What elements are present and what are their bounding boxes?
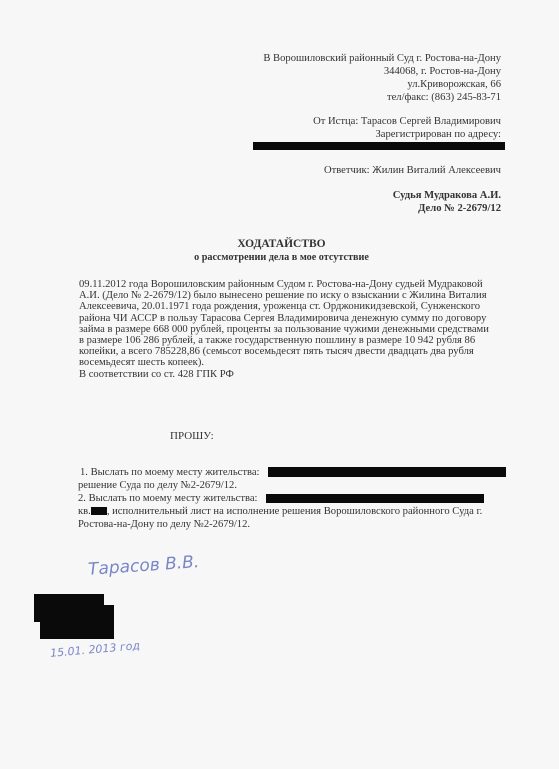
- court-phone: тел/факс: (863) 245-83-71: [387, 91, 501, 104]
- handwritten-date: 15.01. 2013 год: [50, 639, 141, 660]
- court-address-line1: 344068, г. Ростов-на-Дону: [384, 65, 501, 78]
- request-item2-line2: кв., исполнительный лист на исполнение р…: [78, 505, 482, 518]
- body-line: копейки, а всего 785228,86 (семьсот восе…: [79, 346, 529, 357]
- defendant-name: Ответчик: Жилин Виталий Алексеевич: [324, 164, 501, 177]
- request-item2-line3: Ростова-на-Дону по делу №2-2679/12.: [78, 518, 250, 531]
- body-line: 09.11.2012 года Ворошиловским районным С…: [79, 279, 529, 290]
- redacted-address-2: [266, 494, 484, 503]
- document-page: В Ворошиловский районный Суд г. Ростова-…: [0, 0, 559, 769]
- request-item1-line2: решение Суда по делу №2-2679/12.: [78, 479, 237, 492]
- redacted-signature-block: [40, 605, 114, 639]
- redacted-plaintiff-address: [253, 142, 505, 150]
- court-address-line2: ул.Криворожская, 66: [407, 78, 501, 91]
- court-name: В Ворошиловский районный Суд г. Ростова-…: [263, 52, 501, 65]
- body-line: займа в размере 668 000 рублей, проценты…: [79, 324, 529, 335]
- request-item2-line2-text: , исполнительный лист на исполнение реше…: [107, 506, 482, 517]
- case-number: Дело № 2-2679/12: [418, 202, 501, 215]
- body-line: восемьдесят шесть копеек).: [79, 357, 529, 368]
- plaintiff-name: От Истца: Тарасов Сергей Владимирович: [313, 115, 501, 128]
- request-heading: ПРОШУ:: [170, 430, 214, 443]
- body-line: района ЧИ АССР в пользу Тарасова Сергея …: [79, 313, 529, 324]
- document-title: ХОДАТАЙСТВО: [2, 238, 559, 250]
- body-line: в размере 106 286 рублей, а также госуда…: [79, 335, 529, 346]
- body-paragraph: 09.11.2012 года Ворошиловским районным С…: [79, 279, 529, 380]
- handwritten-signature: Тарасов В.В.: [87, 552, 199, 580]
- judge-name: Судья Мудракова А.И.: [393, 189, 501, 202]
- request-item2-line1: 2. Выслать по моему месту жительства:: [78, 492, 257, 505]
- body-line: А.И. (Дело № 2-2679/12) было вынесено ре…: [79, 290, 529, 301]
- body-line: В соответствии со ст. 428 ГПК РФ: [79, 369, 529, 380]
- body-line: Алексеевича, 20.01.1971 года рождения, у…: [79, 301, 529, 312]
- redacted-apartment: [91, 507, 107, 515]
- request-item1-line1: 1. Выслать по моему месту жительства:: [80, 466, 259, 479]
- redacted-address-1: [268, 467, 506, 477]
- apartment-prefix: кв.: [78, 506, 91, 517]
- document-subtitle: о рассмотрении дела в мое отсутствие: [2, 252, 559, 263]
- plaintiff-registered-label: Зарегистрирован по адресу:: [375, 128, 501, 141]
